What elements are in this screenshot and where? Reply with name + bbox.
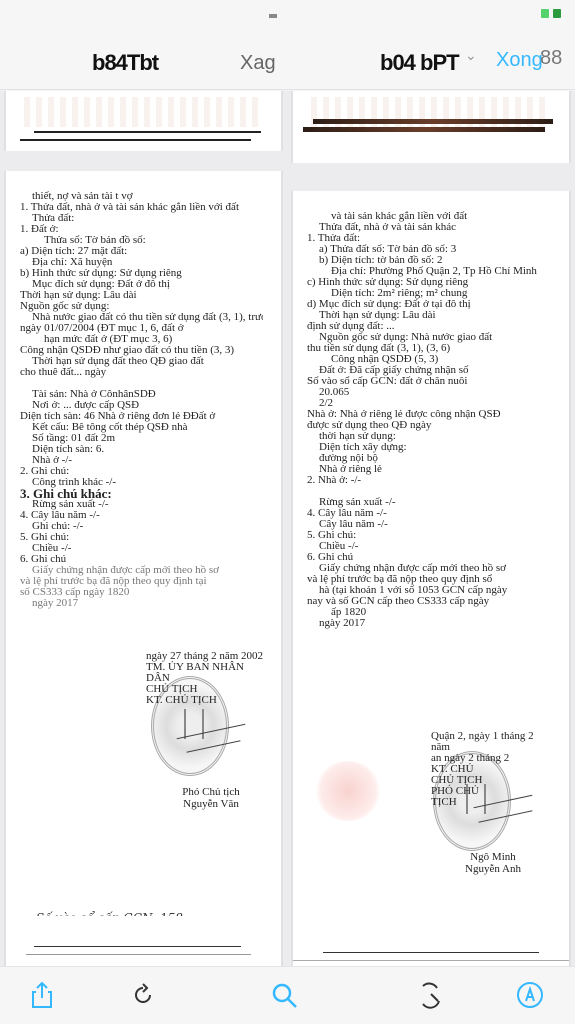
- previous-page-strip[interactable]: [291, 91, 571, 163]
- nav-bar: b84Tbt Xag b04 bPT ⌄ Xong 88: [0, 30, 575, 90]
- document-line: Đất ở: Đã cấp giấy chứng nhận số: [307, 365, 551, 376]
- stamp-text: Quận 2, ngày 1 tháng 2 năman ngày 2 thán…: [431, 731, 551, 808]
- document-line: được sử dụng theo QĐ ngày: [307, 420, 551, 431]
- document-line: 1. Thửa đất:: [307, 233, 551, 244]
- document-line: Địa chỉ: Phường Phố Quận 2, Tp Hồ Chí Mi…: [307, 266, 551, 277]
- search-button[interactable]: [266, 977, 302, 1013]
- document-line: Nhà nước giao đất có thu tiền sử dụng đấ…: [20, 312, 263, 323]
- document-line: Nơi ở: ... được cấp QSĐ: [20, 400, 263, 411]
- document-line: Nguồn gốc sử dụng: Nhà nước giao đất: [307, 332, 551, 343]
- document-line: Thời hạn sử dụng đất theo QĐ giao đất: [20, 356, 263, 367]
- document-line: 4. Cây lâu năm -/-: [20, 510, 263, 521]
- stamp-text: ngày 27 tháng 2 năm 2002TM. ỦY BAN NHÂN …: [146, 651, 266, 706]
- status-indicator: [269, 14, 277, 18]
- document-line: Rừng sản xuất -/-: [307, 497, 551, 508]
- document-line: 2. Ghi chú:: [20, 466, 263, 477]
- text-line: Nguyễn Anh: [448, 863, 538, 875]
- document-line: Diện tích sàn: 46 Nhà ở riêng đơn lẻ ĐĐấ…: [20, 411, 263, 422]
- document-line: thu tiền sử dụng đất (3, 1), (3, 6): [307, 343, 551, 354]
- document-line: Chiều -/-: [20, 543, 263, 554]
- document-line: Thửa số: Tờ bản đồ số:: [20, 235, 263, 246]
- document-line: b) Hình thức sử dụng: Sử dụng riêng: [20, 268, 263, 279]
- markup-button[interactable]: [512, 977, 548, 1013]
- page-text-left: thiết, nợ và sản tài t vợ1. Thửa đất, nh…: [20, 191, 263, 609]
- text-line: Phó Chủ tịch: [166, 786, 256, 798]
- document-line: ấp 1820: [307, 607, 551, 618]
- document-line: 6. Ghi chú: [20, 554, 263, 565]
- battery-icon: [541, 9, 561, 18]
- document-line: Cây lâu năm -/-: [307, 519, 551, 530]
- scan-icon: [415, 980, 445, 1010]
- divider: [34, 131, 261, 133]
- document-line: Nhà ở -/-: [20, 455, 263, 466]
- document-line: a) Diện tích: 27 mặt đất:: [20, 246, 263, 257]
- document-title-left: b84Tbt: [92, 50, 158, 76]
- document-line: Ghi chú: -/-: [20, 521, 263, 532]
- document-line: thiết, nợ và sản tài t vợ: [20, 191, 263, 202]
- share-icon: [27, 980, 57, 1010]
- divider: [293, 960, 569, 961]
- document-line: số CS333 cấp ngày 1820: [20, 587, 263, 598]
- document-line: 5. Ghi chú:: [20, 532, 263, 543]
- rotate-button[interactable]: [125, 977, 161, 1013]
- document-subtitle: Xag: [240, 52, 276, 75]
- document-line: Giấy chứng nhận được cấp mới theo hồ sơ: [20, 565, 263, 576]
- document-line: 4. Cây lâu năm -/-: [307, 508, 551, 519]
- document-line: đường nội bộ: [307, 453, 551, 464]
- divider: [34, 946, 241, 947]
- text-line: TM. ỦY BAN NHÂN DÂN: [146, 662, 266, 684]
- decorative-border: [24, 97, 263, 127]
- document-line: và tài sản khác gắn liền với đất: [307, 211, 551, 222]
- document-line: [307, 486, 551, 497]
- document-line: 6. Ghi chú: [307, 552, 551, 563]
- document-line: a) Thửa đất số: Tờ bản đồ số: 3: [307, 244, 551, 255]
- status-bar: [0, 0, 575, 30]
- document-line: Giấy chứng nhận được cấp mới theo hồ sơ: [307, 563, 551, 574]
- document-line: và lệ phí trước bạ đã nộp theo quy định …: [307, 574, 551, 585]
- document-line: ngày 2017: [20, 598, 263, 609]
- document-line: Thời hạn sử dụng: Lâu dài: [307, 310, 551, 321]
- document-line: nay và số GCN cấp theo CS333 cấp ngày: [307, 596, 551, 607]
- document-line: cho thuê đất... ngày: [20, 367, 263, 378]
- document-line: 1. Đất ở:: [20, 224, 263, 235]
- page-column-left: thiết, nợ và sản tài t vợ1. Thửa đất, nh…: [0, 91, 287, 966]
- chevron-down-icon[interactable]: ⌄: [465, 48, 477, 64]
- page-thumbnail-left[interactable]: thiết, nợ và sản tài t vợ1. Thửa đất, nh…: [4, 171, 283, 966]
- document-line: hạn mức đất ở (ĐT mục 3, 6): [20, 334, 263, 345]
- scan-button[interactable]: [412, 977, 448, 1013]
- document-line: b) Diện tích: tờ bản đồ số: 2: [307, 255, 551, 266]
- document-line: Rừng sản xuất -/-: [20, 499, 263, 510]
- document-line: Diện tích sàn: 6.: [20, 444, 263, 455]
- document-line: d) Mục đích sử dụng: Đất ở tại đô thị: [307, 299, 551, 310]
- document-line: 1. Thửa đất, nhà ở và tài sản khác gắn l…: [20, 202, 263, 213]
- document-line: Công nhận QSDĐ (5, 3): [307, 354, 551, 365]
- document-line: và lệ phí trước bạ đã nộp theo quy định …: [20, 576, 263, 587]
- document-line: Diện tích: 2m² riêng; m² chung: [307, 288, 551, 299]
- document-line: hà (tại khoản 1 với số 1053 GCN cấp ngày: [307, 585, 551, 596]
- bottom-toolbar: [0, 966, 575, 1024]
- share-button[interactable]: [24, 977, 60, 1013]
- document-line: 5. Ghi chú:: [307, 530, 551, 541]
- page-thumbnail-right[interactable]: và tài sản khác gắn liền với đấtThửa đất…: [291, 191, 571, 961]
- document-viewer[interactable]: thiết, nợ và sản tài t vợ1. Thửa đất, nh…: [0, 91, 575, 966]
- document-line: 2/2: [307, 398, 551, 409]
- text-line: KT. CHỦ TỊCH: [146, 695, 266, 706]
- document-line: ngày 2017: [307, 618, 551, 629]
- document-line: Công nhận QSDĐ như giao đất có thu tiền …: [20, 345, 263, 356]
- search-icon: [269, 980, 299, 1010]
- document-line: Địa chỉ: Xã huyện: [20, 257, 263, 268]
- document-line: 20.065: [307, 387, 551, 398]
- document-line: Thửa đất:: [20, 213, 263, 224]
- markup-icon: [515, 980, 545, 1010]
- signer-name: Ngô MinhNguyễn Anh: [448, 851, 538, 875]
- document-line: Nhà ở: Nhà ở riêng lẻ được công nhận QSĐ: [307, 409, 551, 420]
- document-line: Thời hạn sử dụng: Lâu dài: [20, 290, 263, 301]
- page-column-right: và tài sản khác gắn liền với đấtThửa đất…: [287, 91, 575, 966]
- signer-name: Phó Chủ tịchNguyễn Văn: [166, 786, 256, 810]
- document-line: Số tầng: 01 đất 2m: [20, 433, 263, 444]
- document-line: 3. Ghi chú khác:: [20, 488, 263, 499]
- divider: [323, 952, 539, 953]
- more-button[interactable]: 88: [540, 47, 562, 70]
- document-line: ngày 01/07/2004 (ĐT mục 1, 6, đất ở: [20, 323, 263, 334]
- document-line: Chiều -/-: [307, 541, 551, 552]
- text-line: Ngô Minh: [448, 851, 538, 863]
- emblem-watermark: [313, 761, 383, 821]
- document-line: thời hạn sử dụng:: [307, 431, 551, 442]
- document-line: [20, 378, 263, 389]
- document-line: Mục đích sử dụng: Đất ở đô thị: [20, 279, 263, 290]
- divider: [303, 127, 545, 132]
- document-line: Nguồn gốc sử dụng:: [20, 301, 263, 312]
- divider: [20, 139, 251, 141]
- divider: [26, 954, 251, 955]
- rotate-icon: [128, 980, 158, 1010]
- next-page-strip[interactable]: [291, 926, 571, 966]
- document-line: Thửa đất, nhà ở và tài sản khác: [307, 222, 551, 233]
- divider: [313, 119, 553, 124]
- next-page-strip[interactable]: [4, 916, 283, 966]
- document-title-right: b04 bPT: [380, 50, 459, 76]
- document-line: Tài sản: Nhà ở CônhânSDĐ: [20, 389, 263, 400]
- page-text-right: và tài sản khác gắn liền với đấtThửa đất…: [307, 211, 551, 629]
- document-line: định sử dụng đất: ...: [307, 321, 551, 332]
- document-line: Diện tích xây dựng:: [307, 442, 551, 453]
- text-line: Nguyễn Văn: [166, 798, 256, 810]
- document-line: Nhà ở riêng lẻ: [307, 464, 551, 475]
- previous-page-strip[interactable]: [4, 91, 283, 151]
- document-line: Kết cấu: Bê tông cốt thép QSĐ nhà: [20, 422, 263, 433]
- document-line: 2. Nhà ở: -/-: [307, 475, 551, 486]
- done-button[interactable]: Xong: [496, 49, 543, 72]
- text-line: Quận 2, ngày 1 tháng 2 năm: [431, 731, 551, 753]
- document-line: Công trình khác -/-: [20, 477, 263, 488]
- document-line: Số vào sổ cấp GCN: đất ở chăn nuôi: [307, 376, 551, 387]
- document-line: c) Hình thức sử dụng: Sử dụng riêng: [307, 277, 551, 288]
